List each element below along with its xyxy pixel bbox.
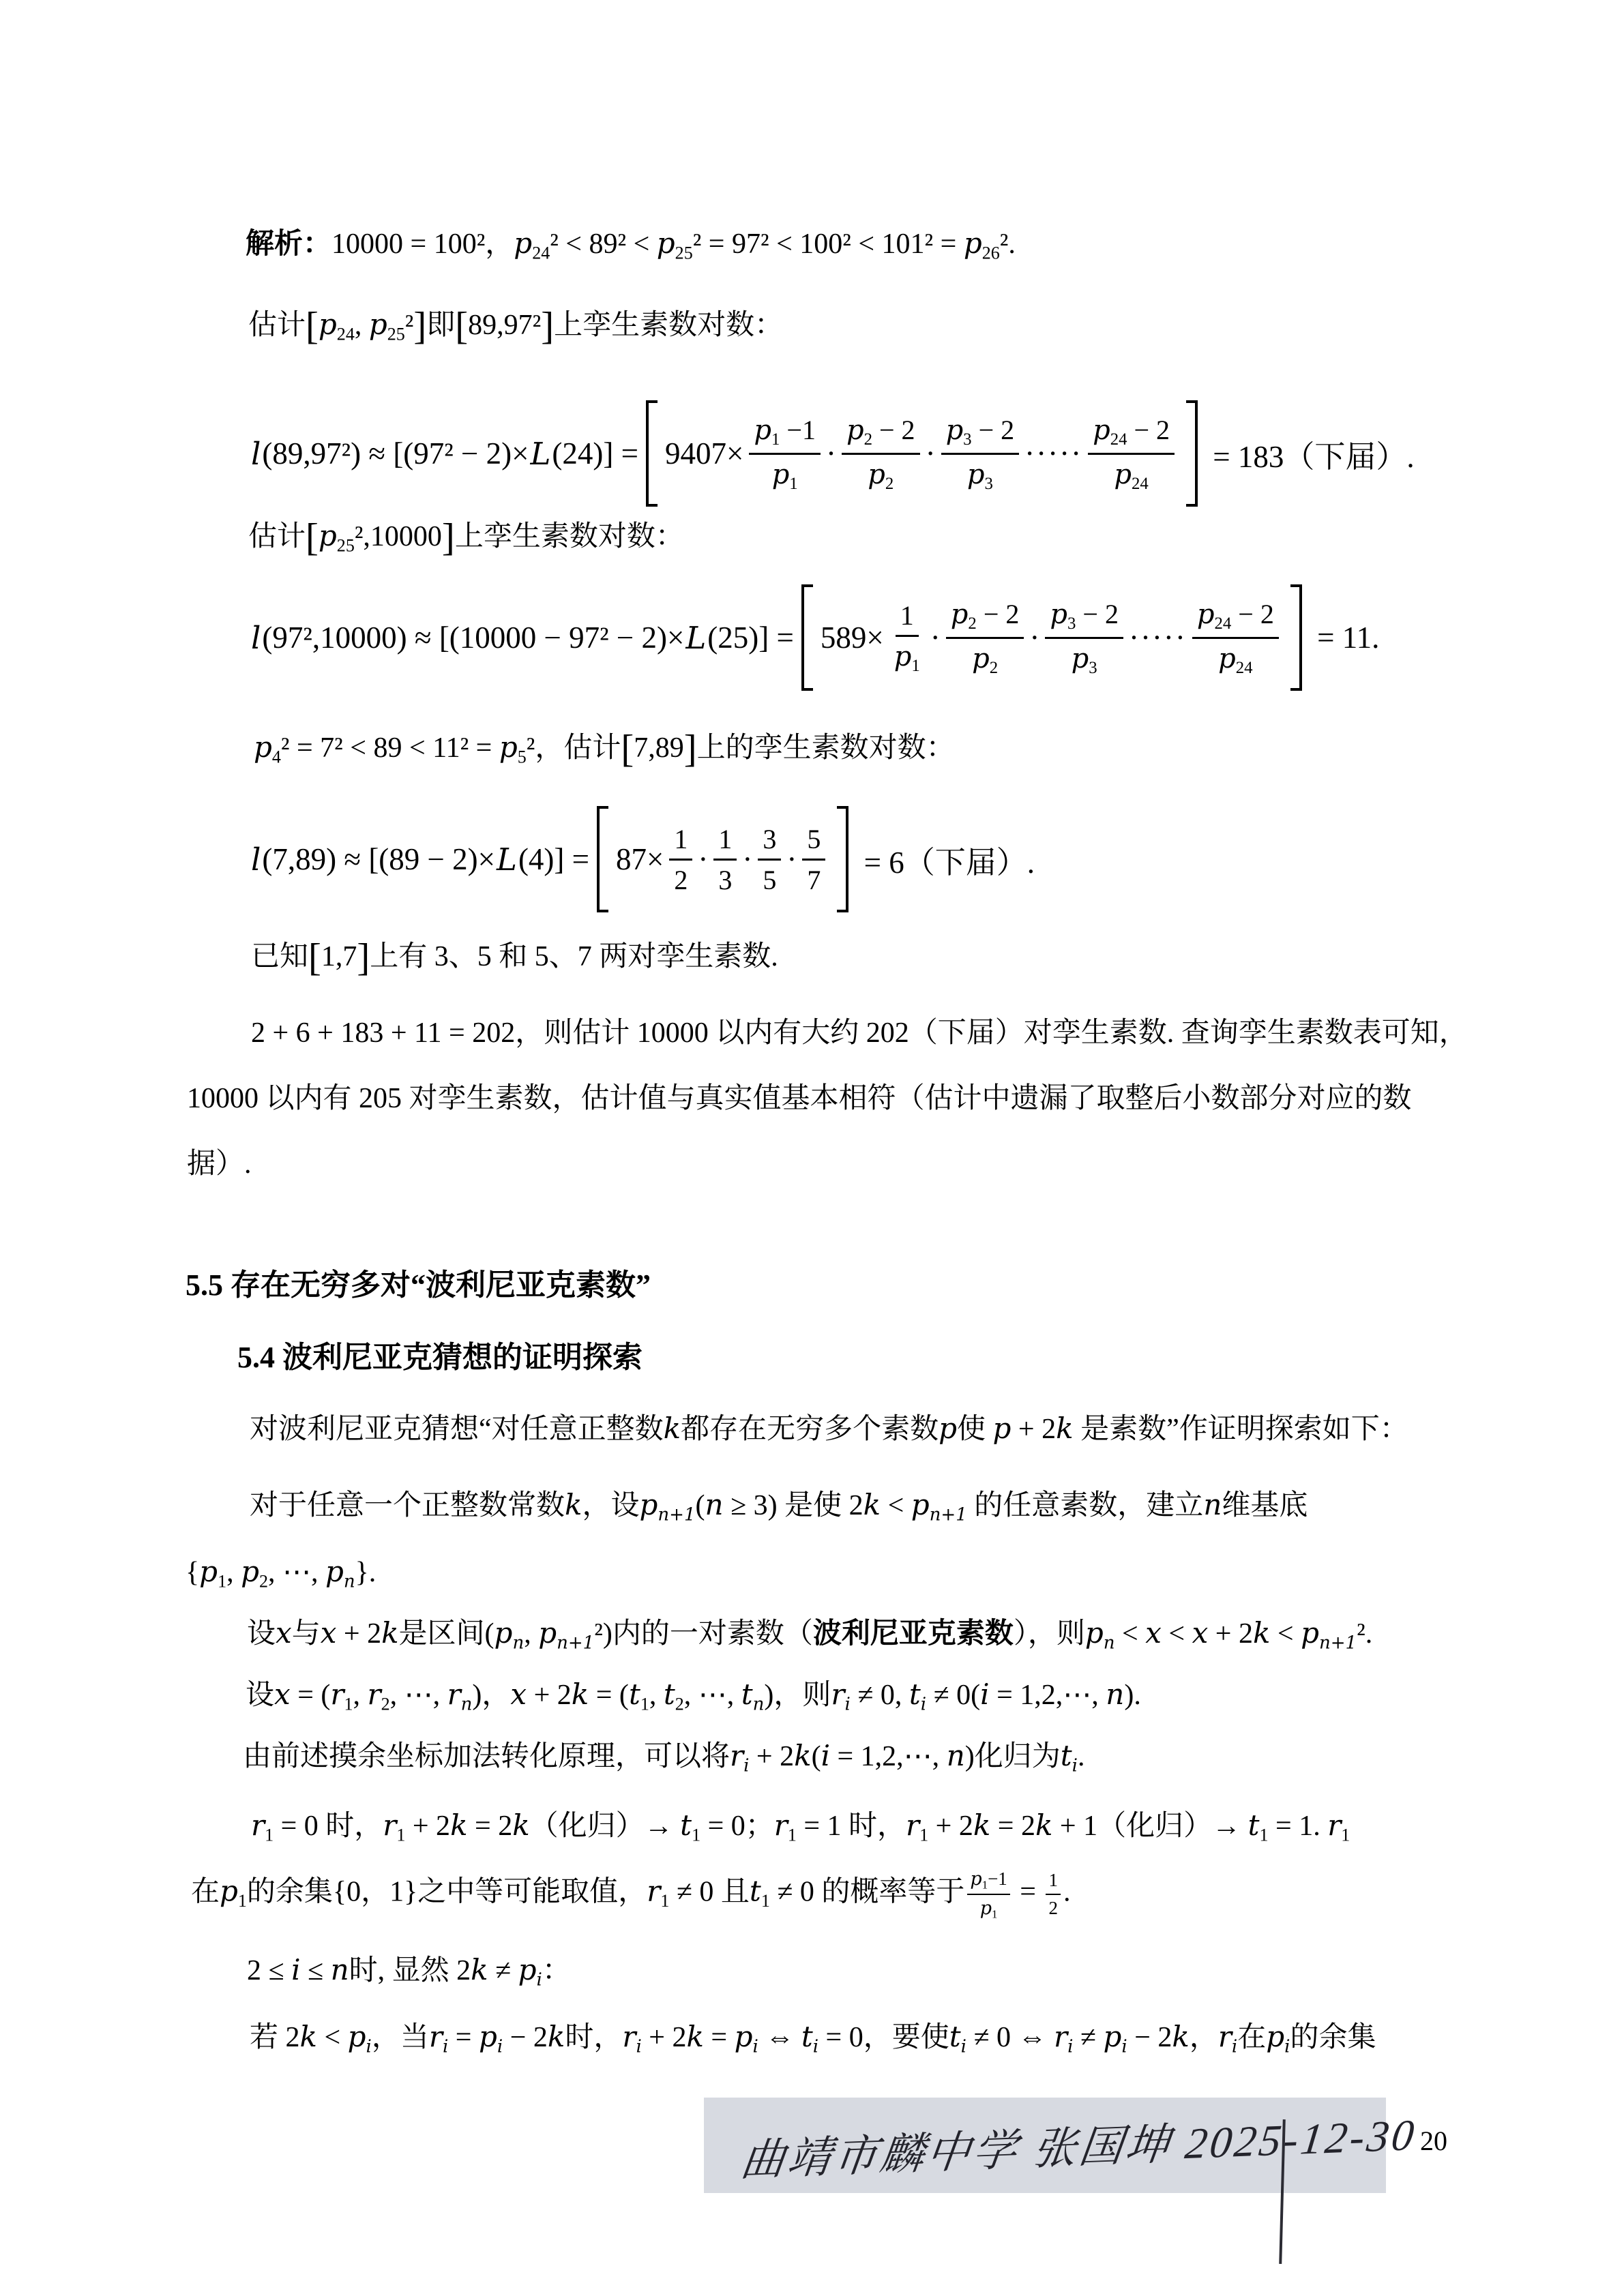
coordinates-line: 设x = (r1, r2, ⋯, rn)，x + 2k = (t1, t2, ⋯…	[246, 1676, 1141, 1716]
section-heading-5-4: 5.4 波利尼亚克猜想的证明探索	[237, 1338, 643, 1377]
page-number: 20	[1420, 2125, 1447, 2157]
estimate-interval-89-97-line: 估计[p24, p25²]即[89,97²]上孪生素数对数：	[248, 301, 783, 352]
index-range-line: 2 ≤ i ≤ n时, 显然 2k ≠ pi：	[247, 1952, 571, 1992]
analysis-line: 解析：10000 = 100²，p24² < 89² < p25² = 97² …	[246, 225, 1016, 265]
known-twin-primes-line: 已知[1,7]上有 3、5 和 5、7 两对孪生素数.	[251, 933, 778, 983]
paragraph-sum-line2: 10000 以内有 205 对孪生素数，估计值与真实值基本相符（估计中遗漏了取整…	[187, 1080, 1412, 1118]
estimate-interval-7-89-line: p4² = 7² < 89 < 11² = p5²，估计[7,89]上的孪生素数…	[254, 724, 955, 775]
modular-addition-line: 由前述摸余坐标加法转化原理，可以将ri + 2k(i = 1,2,⋯, n)化归…	[243, 1738, 1084, 1778]
formula-l-97sq-10000: l(97²,10000) ≈ [(10000 − 97² − 2)×L(25)]…	[251, 583, 1379, 692]
polignac-conjecture-line: 对波利尼亚克猜想“对任意正整数k都存在无穷多个素数p使 p + 2k 是素数”作…	[250, 1410, 1408, 1448]
paragraph-sum-line1: 2 + 6 + 183 + 11 = 202，则估计 10000 以内有大约 2…	[251, 1015, 1468, 1052]
handwritten-signature: 曲靖市麟中学 张国坤 2025-12-30	[738, 2100, 1421, 2189]
case-2k-less-pi-line: 若 2k < pi，当ri = pi − 2k时，ri + 2k = pi ⇔ …	[250, 2018, 1376, 2059]
section-heading-5-5: 5.5 存在无穷多对“波利尼亚克素数”	[186, 1266, 651, 1304]
interval-pair-line: 设x与x + 2k是区间(pn, pn+1²)内的一对素数（波利尼亚克素数），则…	[247, 1615, 1372, 1655]
formula-l-7-89: l(7,89) ≈ [(89 − 2)×L(4)] =87×12·13·35·5…	[251, 805, 1035, 914]
document-page: 解析：10000 = 100²，p24² < 89² < p25² = 97² …	[0, 0, 1624, 2296]
paragraph-sum-line3: 据）.	[187, 1146, 252, 1183]
basis-set-line: {p1, p2, ⋯, pn}.	[186, 1553, 376, 1594]
basis-setup-line: 对于任意一个正整数常数k，设pn+1(n ≥ 3) 是使 2k < pn+1 的…	[250, 1487, 1308, 1527]
estimate-interval-97sq-10000-line: 估计[p25²,10000]上孪生素数对数：	[248, 513, 684, 563]
signature-scan-box: 曲靖市麟中学 张国坤 2025-12-30	[704, 2098, 1386, 2193]
r1-cases-line: r1 = 0 时，r1 + 2k = 2k（化归）→ t1 = 0；r1 = 1…	[251, 1807, 1350, 1847]
formula-l-89-97sq: l(89,97²) ≈ [(97² − 2)×L(24)] =9407×p1 −…	[251, 399, 1415, 508]
probability-line: 在p1的余集{0，1}之中等可能取值，r1 ≠ 0 且t1 ≠ 0 的概率等于p…	[191, 1867, 1070, 1922]
